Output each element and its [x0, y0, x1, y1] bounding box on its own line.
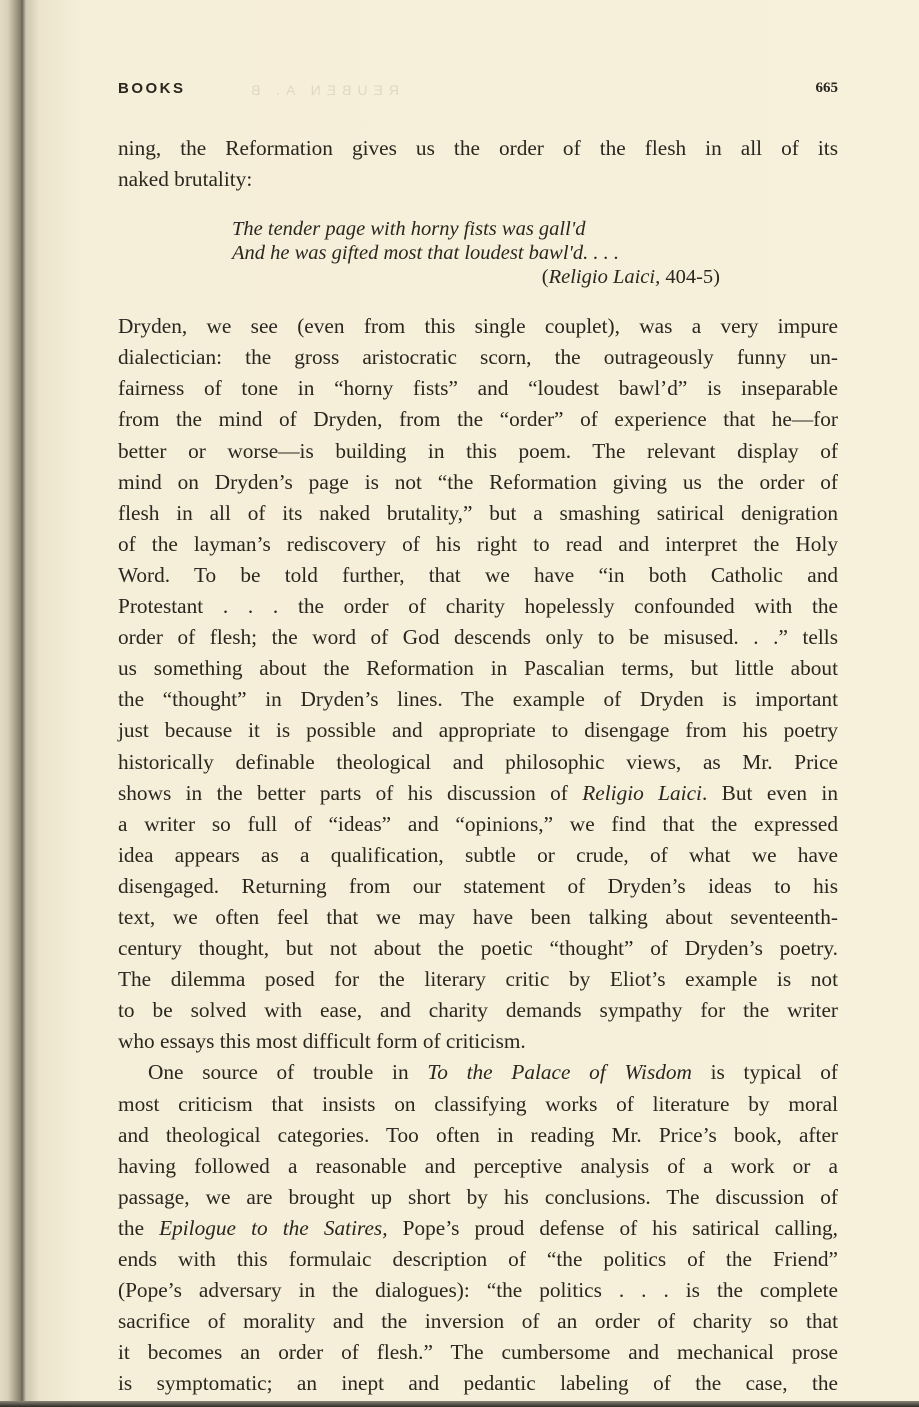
text-line: century thought, but not about the poeti… — [118, 933, 838, 964]
text-line: a writer so full of “ideas” and “opinion… — [118, 809, 838, 840]
paragraph-dryden: Dryden, we see (even from this single co… — [118, 311, 838, 1057]
text-line: shows in the better parts of his discuss… — [118, 778, 838, 809]
text-line: historically definable theological and p… — [118, 747, 838, 778]
text-line: and theological categories. Too often in… — [118, 1120, 838, 1151]
citation-lines: 404-5 — [665, 266, 713, 288]
text-line: better or worse—is building in this poem… — [118, 436, 838, 467]
text-line: to be solved with ease, and charity dema… — [118, 995, 838, 1026]
paragraph-palace-of-wisdom: One source of trouble in To the Palace o… — [118, 1057, 838, 1399]
text-segment: . But even in — [702, 781, 838, 805]
verse-citation: (Religio Laici, 404-5) — [232, 265, 838, 289]
text-line: who essays this most difficult form of c… — [118, 1026, 838, 1057]
text-line: passage, we are brought up short by his … — [118, 1182, 838, 1213]
text-line: us something about the Reformation in Pa… — [118, 653, 838, 684]
text-line: having followed a reasonable and percept… — [118, 1151, 838, 1182]
text-line: mind on Dryden’s page is not “the Reform… — [118, 467, 838, 498]
running-head: BOOKS 665 — [118, 80, 838, 102]
text-line: the “thought” in Dryden’s lines. The exa… — [118, 684, 838, 715]
italic-title: To the Palace of Wisdom — [427, 1060, 692, 1084]
book-page: BOOKS 665 REUBEN A. B ning, the Reformat… — [0, 0, 919, 1407]
opening-paragraph: ning, the Reformation gives us the order… — [118, 133, 838, 195]
text-line: most criticism that insists on classifyi… — [118, 1089, 838, 1120]
text-line: idea appears as a qualification, subtle … — [118, 840, 838, 871]
text-line: The dilemma posed for the literary criti… — [118, 964, 838, 995]
text-segment: One source of trouble in — [148, 1060, 427, 1084]
page-bottom-edge — [0, 1401, 919, 1407]
text-line: dialectician: the gross aristocratic sco… — [118, 342, 838, 373]
citation-title: Religio Laici, — [549, 266, 661, 288]
body-text: ning, the Reformation gives us the order… — [118, 133, 838, 1399]
text-line: order of flesh; the word of God descends… — [118, 622, 838, 653]
text-line: Word. To be told further, that we have “… — [118, 560, 838, 591]
text-line: of the layman’s rediscovery of his right… — [118, 529, 838, 560]
text-line: the Epilogue to the Satires, Pope’s prou… — [118, 1213, 838, 1244]
page-number: 665 — [816, 80, 839, 97]
text-line: flesh in all of its naked brutality,” bu… — [118, 498, 838, 529]
italic-title: Religio Laici — [582, 781, 702, 805]
text-line: naked brutality: — [118, 164, 838, 195]
text-line: disengaged. Returning from our statement… — [118, 871, 838, 902]
text-line: is symptomatic; an inept and pedantic la… — [118, 1368, 838, 1399]
text-line: it becomes an order of flesh.” The cumbe… — [118, 1337, 838, 1368]
verse-line: And he was gifted most that loudest bawl… — [232, 241, 838, 265]
text-line: text, we often feel that we may have bee… — [118, 902, 838, 933]
text-line: ends with this formulaic description of … — [118, 1244, 838, 1275]
text-line: sacrifice of morality and the inversion … — [118, 1306, 838, 1337]
text-line: Dryden, we see (even from this single co… — [118, 311, 838, 342]
text-line: One source of trouble in To the Palace o… — [118, 1057, 838, 1088]
text-segment: is typical of — [692, 1060, 838, 1084]
text-segment: the — [118, 1216, 159, 1240]
text-line: fairness of tone in “horny fists” and “l… — [118, 373, 838, 404]
italic-title: Epilogue to the Satires, — [159, 1216, 387, 1240]
text-line: Protestant . . . the order of charity ho… — [118, 591, 838, 622]
text-line: from the mind of Dryden, from the “order… — [118, 404, 838, 435]
text-line: just because it is possible and appropri… — [118, 715, 838, 746]
verse-quotation: The tender page with horny fists was gal… — [232, 217, 838, 289]
text-line: ning, the Reformation gives us the order… — [118, 133, 838, 164]
section-label: BOOKS — [118, 80, 186, 97]
verse-line: The tender page with horny fists was gal… — [232, 217, 838, 241]
text-segment: shows in the better parts of his discuss… — [118, 781, 582, 805]
show-through-text: REUBEN A. B — [245, 82, 399, 98]
text-line: (Pope’s adversary in the dialogues): “th… — [118, 1275, 838, 1306]
text-segment: Pope’s proud defense of his satirical ca… — [388, 1216, 838, 1240]
